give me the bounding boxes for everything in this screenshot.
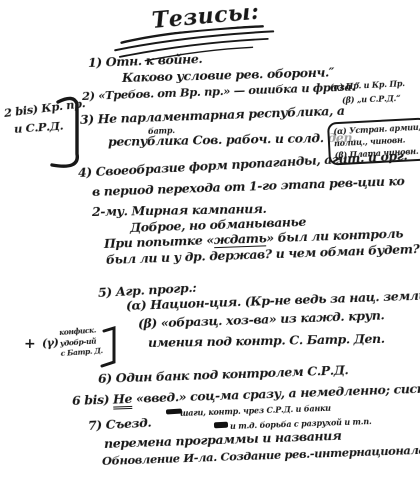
margin-gamma-note-line3: с Батр. Д. [60,346,103,358]
margin-gamma-bracket-icon [100,325,120,369]
thesis-7-head: 7) Съезд. [88,415,152,433]
thesis-6bis-emphasis: Не [113,391,133,410]
margin-gamma-label: (γ) [42,336,59,350]
thesis-3-line2: республика Сов. рабоч. и солд. деп. [108,130,356,149]
thesis-2-side-note-b: (β) „и С.Р.Д.“ [342,93,401,105]
margin-gamma-note-line2: удобр-ий [60,336,97,348]
thesis-1-line: 1) Отн. к войне. [88,51,203,70]
thesis-6-line: 6) Один банк под контролем С.Р.Д. [98,362,349,386]
thesis-6bis-number: 6 bis) [72,392,114,408]
thesis-6bis-insert: шаги, контр. чрез С.Р.Д. и банки [180,403,331,418]
thesis-5-beta-line2: имения под контр. С. Батр. Деп. [148,331,385,350]
thesis-4-line2: в период перехода от 1-го этапа рев-ции … [92,173,405,199]
paragraph-line2-underlined-word: ждать [213,230,266,248]
thesis-6bis-rest: «введ.» соц-ма сразу, а немедленно; сист… [132,380,420,406]
margin-plus-sign: + [24,336,35,352]
crossed-out-word-blot-icon [214,422,228,429]
thesis-3-line1: 3) Не парламентарная республика, а [80,103,345,127]
manuscript-page: Тезисы: 1) Отн. к войне. Каково условие … [0,0,420,480]
